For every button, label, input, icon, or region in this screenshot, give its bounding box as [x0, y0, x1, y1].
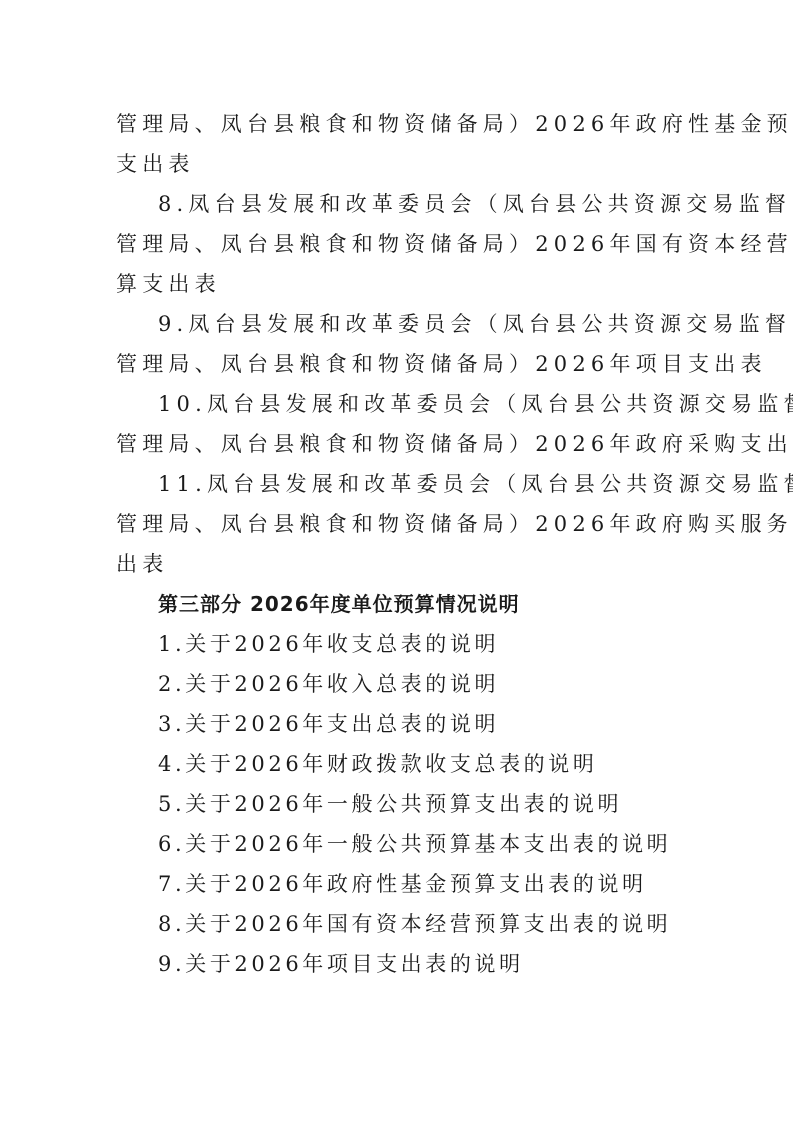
- toc-line: 9.凤台县发展和改革委员会（凤台县公共资源交易监督: [116, 304, 682, 344]
- toc-line: 管理局、凤台县粮食和物资储备局）2026年政府采购支出表: [116, 424, 682, 464]
- part3-list: 1.关于2026年收支总表的说明 2.关于2026年收入总表的说明 3.关于20…: [116, 624, 682, 984]
- toc-line: 8.凤台县发展和改革委员会（凤台县公共资源交易监督: [116, 184, 682, 224]
- toc-item-7-continued: 管理局、凤台县粮食和物资储备局）2026年政府性基金预算 支出表: [116, 104, 682, 184]
- part3-item: 6.关于2026年一般公共预算基本支出表的说明: [116, 824, 682, 864]
- section-heading-part3: 第三部分 2026年度单位预算情况说明: [116, 584, 682, 624]
- toc-line: 管理局、凤台县粮食和物资储备局）2026年政府性基金预算: [116, 104, 682, 144]
- document-page: 管理局、凤台县粮食和物资储备局）2026年政府性基金预算 支出表 8.凤台县发展…: [116, 104, 682, 984]
- toc-line: 算支出表: [116, 264, 682, 304]
- part3-item: 9.关于2026年项目支出表的说明: [116, 944, 682, 984]
- part3-item: 2.关于2026年收入总表的说明: [116, 664, 682, 704]
- toc-line: 出表: [116, 544, 682, 584]
- toc-item-9: 9.凤台县发展和改革委员会（凤台县公共资源交易监督 管理局、凤台县粮食和物资储备…: [116, 304, 682, 384]
- part3-item: 5.关于2026年一般公共预算支出表的说明: [116, 784, 682, 824]
- part3-item: 3.关于2026年支出总表的说明: [116, 704, 682, 744]
- part3-item: 1.关于2026年收支总表的说明: [116, 624, 682, 664]
- toc-line: 管理局、凤台县粮食和物资储备局）2026年政府购买服务支: [116, 504, 682, 544]
- toc-line: 支出表: [116, 144, 682, 184]
- toc-line: 11.凤台县发展和改革委员会（凤台县公共资源交易监督: [116, 464, 682, 504]
- toc-item-8: 8.凤台县发展和改革委员会（凤台县公共资源交易监督 管理局、凤台县粮食和物资储备…: [116, 184, 682, 304]
- toc-line: 管理局、凤台县粮食和物资储备局）2026年国有资本经营预: [116, 224, 682, 264]
- part3-item: 4.关于2026年财政拨款收支总表的说明: [116, 744, 682, 784]
- toc-item-11: 11.凤台县发展和改革委员会（凤台县公共资源交易监督 管理局、凤台县粮食和物资储…: [116, 464, 682, 584]
- toc-line: 管理局、凤台县粮食和物资储备局）2026年项目支出表: [116, 344, 682, 384]
- toc-item-10: 10.凤台县发展和改革委员会（凤台县公共资源交易监督 管理局、凤台县粮食和物资储…: [116, 384, 682, 464]
- part3-item: 7.关于2026年政府性基金预算支出表的说明: [116, 864, 682, 904]
- part3-item: 8.关于2026年国有资本经营预算支出表的说明: [116, 904, 682, 944]
- toc-line: 10.凤台县发展和改革委员会（凤台县公共资源交易监督: [116, 384, 682, 424]
